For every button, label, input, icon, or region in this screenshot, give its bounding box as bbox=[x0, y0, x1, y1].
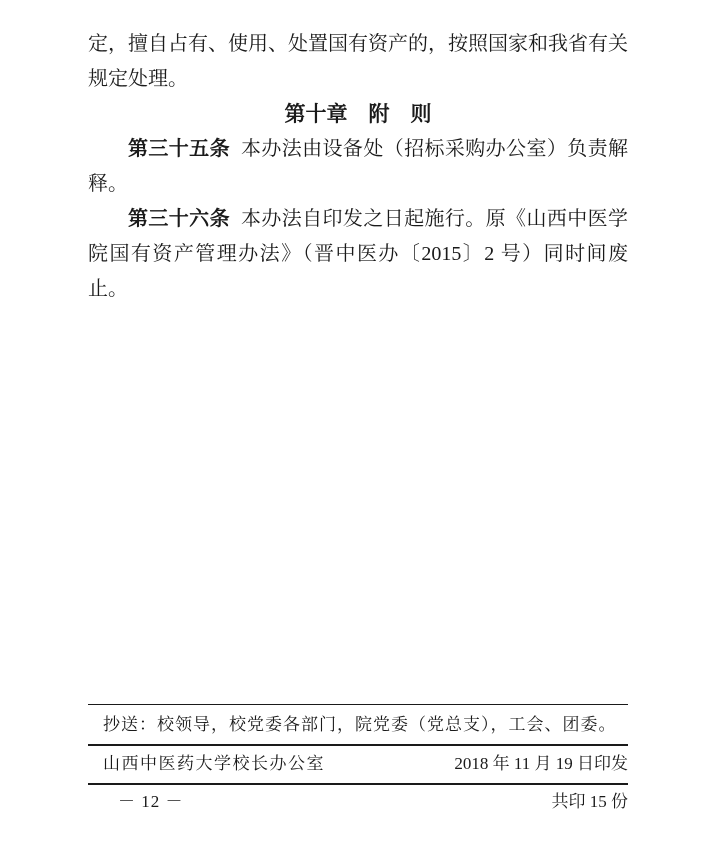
article-35: 第三十五条本办法由设备处（招标采购办公室）负责解释。 bbox=[88, 132, 628, 202]
issuer-row: 山西中医药大学校长办公室 2018 年 11 月 19 日印发 bbox=[88, 744, 628, 783]
article-35-label: 第三十五条 bbox=[128, 138, 230, 160]
page-number: － 12 － bbox=[88, 791, 184, 813]
print-date: 2018 年 11 月 19 日印发 bbox=[454, 753, 628, 775]
document-page: 定，擅自占有、使用、处置国有资产的，按照国家和我省有关规定处理。 第十章 附 则… bbox=[0, 0, 702, 855]
document-body: 定，擅自占有、使用、处置国有资产的，按照国家和我省有关规定处理。 第十章 附 则… bbox=[88, 27, 628, 307]
chapter-heading: 第十章 附 则 bbox=[88, 97, 628, 132]
article-36: 第三十六条本办法自印发之日起施行。原《山西中医学院国有资产管理办法》（晋中医办〔… bbox=[88, 202, 628, 307]
copy-to-line: 抄送：校领导，校党委各部门，院党委（党总支），工会、团委。 bbox=[88, 704, 628, 744]
article-36-label: 第三十六条 bbox=[128, 208, 230, 230]
page-row: － 12 － 共印 15 份 bbox=[88, 783, 628, 813]
document-footer: 抄送：校领导，校党委各部门，院党委（党总支），工会、团委。 山西中医药大学校长办… bbox=[88, 704, 628, 813]
continuation-paragraph: 定，擅自占有、使用、处置国有资产的，按照国家和我省有关规定处理。 bbox=[88, 27, 628, 97]
issuing-office: 山西中医药大学校长办公室 bbox=[88, 753, 325, 775]
print-count: 共印 15 份 bbox=[552, 791, 629, 813]
